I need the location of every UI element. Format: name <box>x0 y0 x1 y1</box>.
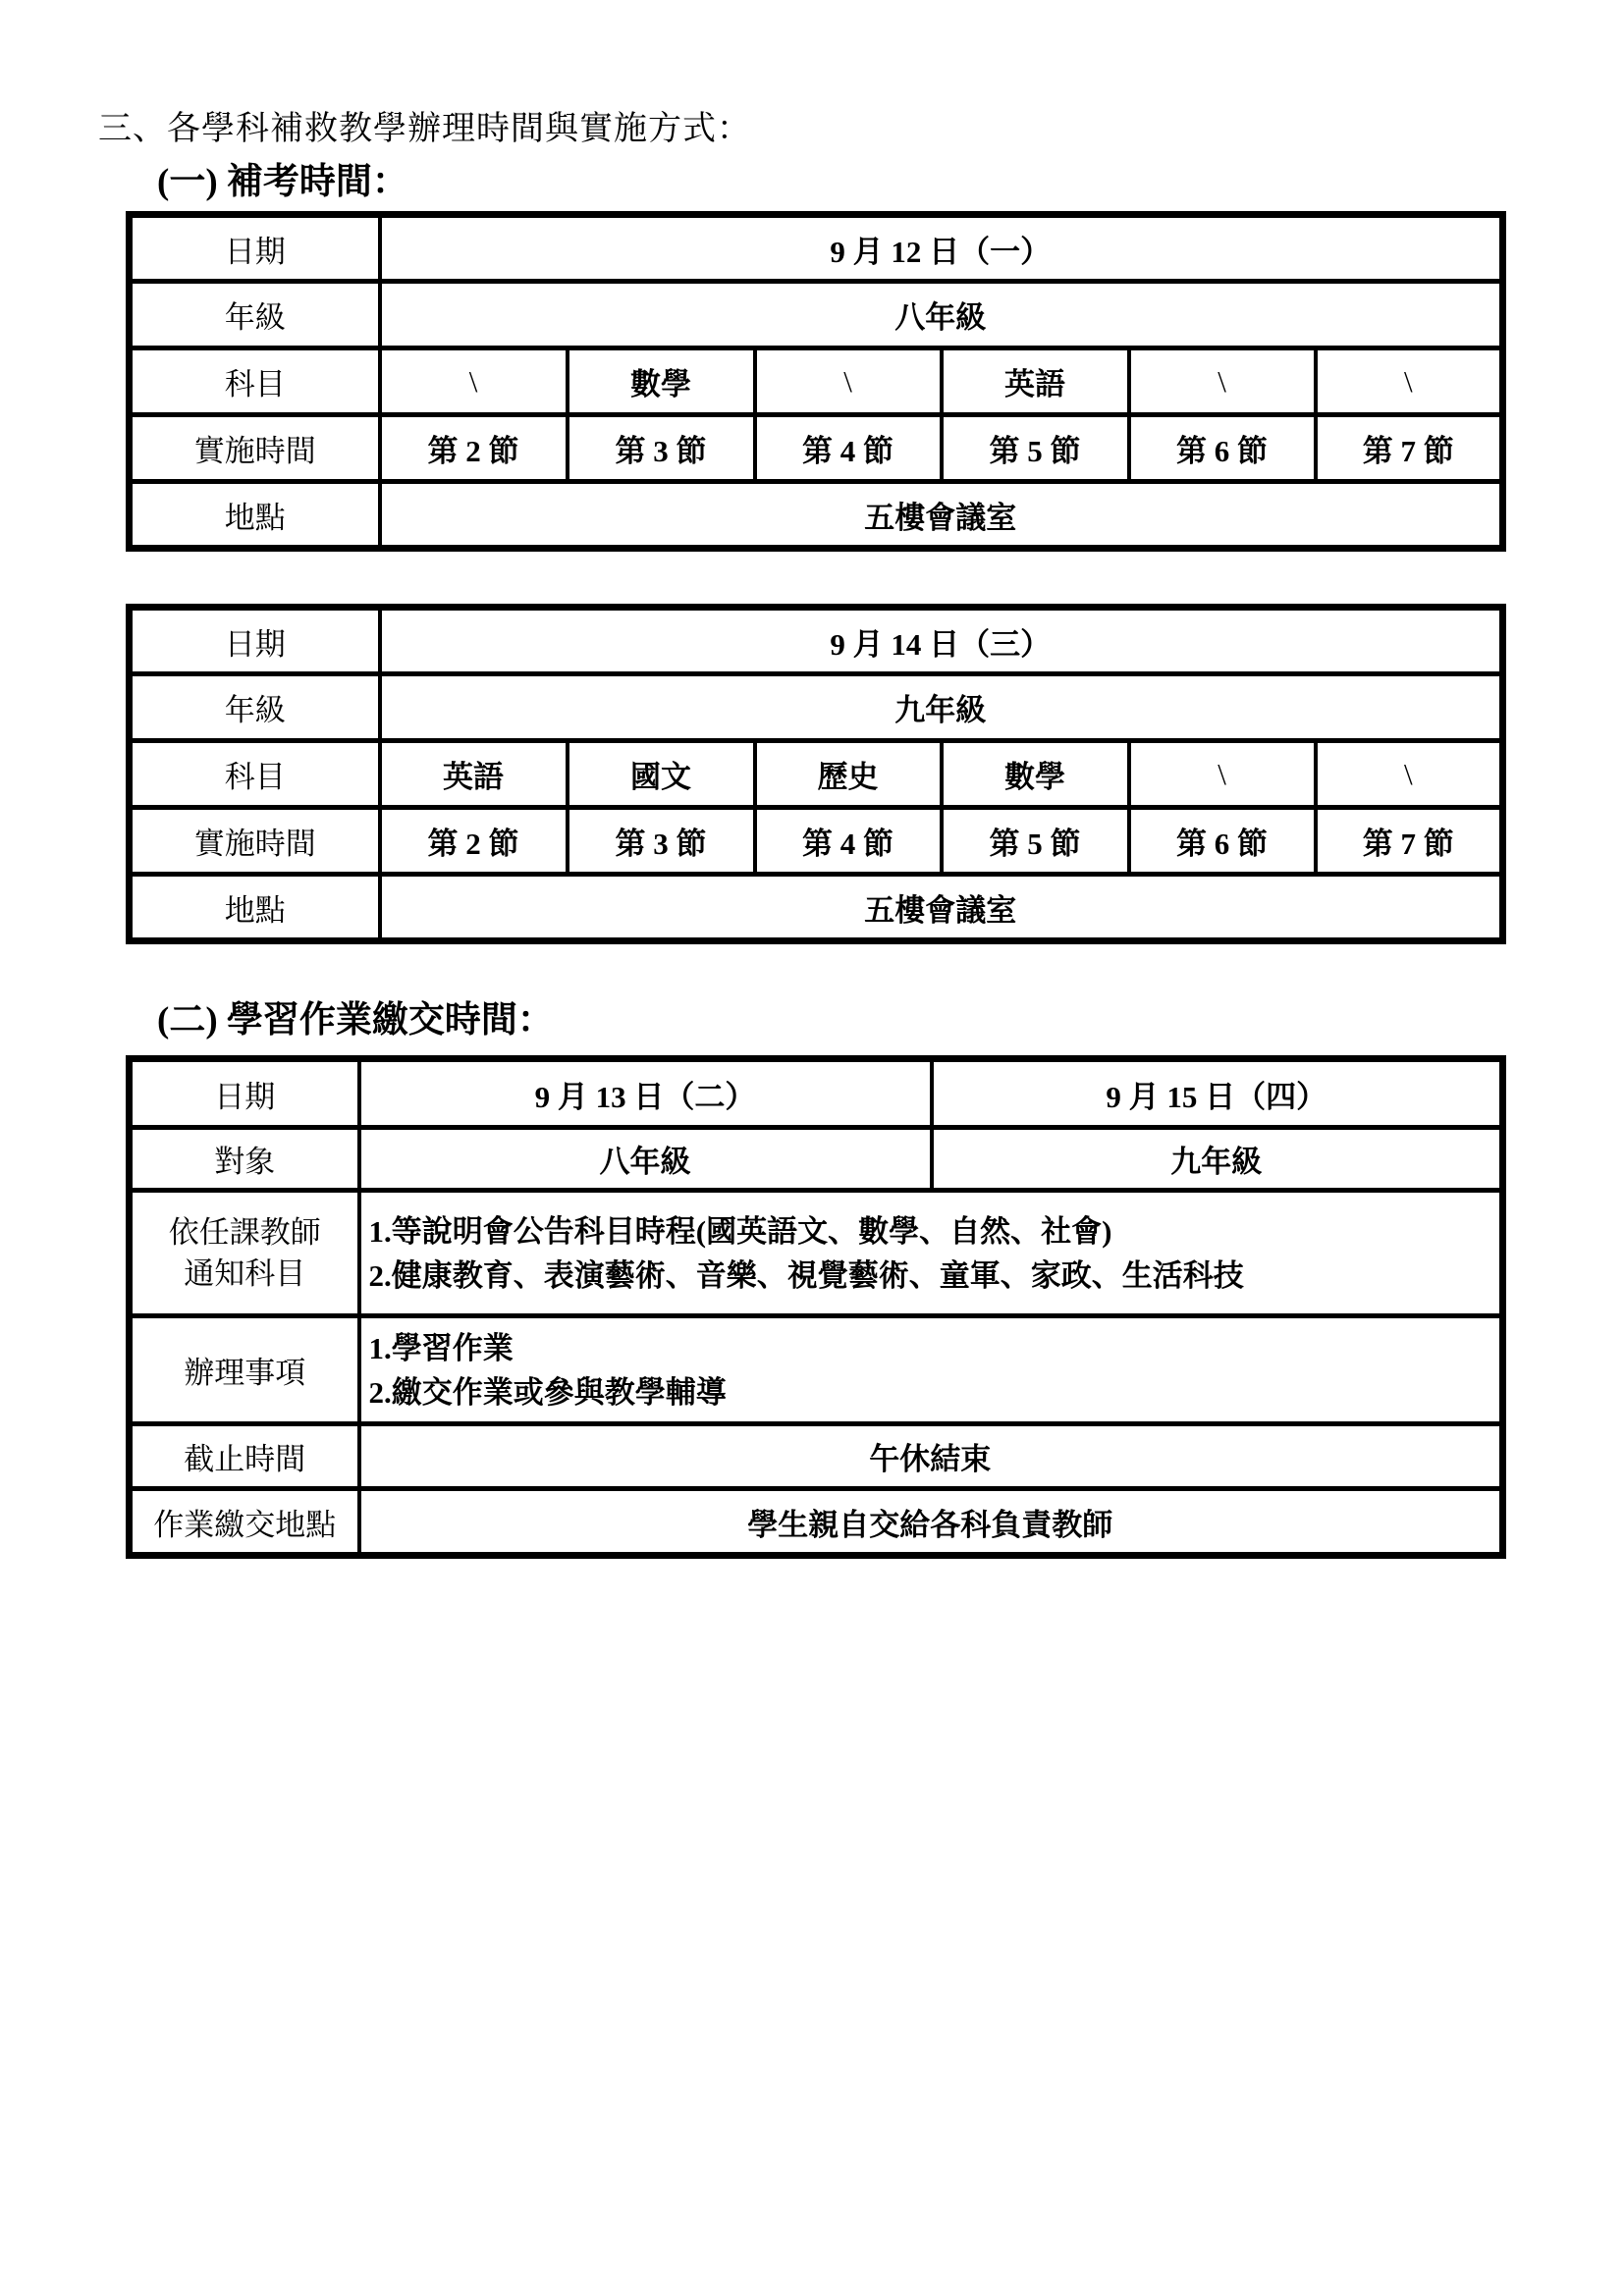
table-row: 日期 9 月 14 日（三） <box>130 608 1503 674</box>
row-label-submit-location: 作業繳交地點 <box>130 1489 359 1556</box>
section-1-title: (一) 補考時間： <box>157 151 408 204</box>
grade-cell: 九年級 <box>380 674 1503 741</box>
row-label-grade: 年級 <box>130 282 380 348</box>
period-cell: 第 4 節 <box>755 808 942 875</box>
table-row: 截止時間 午休結束 <box>130 1424 1503 1489</box>
period-cell: 第 5 節 <box>942 415 1129 482</box>
period-cell: 第 6 節 <box>1129 415 1316 482</box>
notify-subjects-line: 1.等說明會公告科目時程(國英語文、數學、自然、社會) <box>361 1209 1500 1254</box>
row-label-date: 日期 <box>130 1059 359 1128</box>
makeup-exam-table-grade9: 日期 9 月 14 日（三） 年級 九年級 科目 英語 國文 歷史 數學 \ \… <box>126 604 1506 944</box>
submit-location-cell: 學生親自交給各科負責教師 <box>359 1489 1503 1556</box>
location-cell: 五樓會議室 <box>380 875 1503 941</box>
date-cell: 9 月 13 日（二） <box>359 1059 932 1128</box>
period-cell: 第 2 節 <box>380 415 568 482</box>
subject-cell: 數學 <box>568 348 755 415</box>
tasks-cell: 1.學習作業 2.繳交作業或參與教學輔導 <box>359 1316 1503 1424</box>
subject-cell: \ <box>1129 741 1316 808</box>
table-row: 實施時間 第 2 節 第 3 節 第 4 節 第 5 節 第 6 節 第 7 節 <box>130 808 1503 875</box>
row-label-target: 對象 <box>130 1128 359 1191</box>
table-row: 辦理事項 1.學習作業 2.繳交作業或參與教學輔導 <box>130 1316 1503 1424</box>
row-label-line: 依任課教師 <box>133 1212 357 1254</box>
row-label-line: 通知科目 <box>133 1254 357 1295</box>
period-cell: 第 7 節 <box>1316 808 1503 875</box>
row-label-subject: 科目 <box>130 741 380 808</box>
table-row: 年級 九年級 <box>130 674 1503 741</box>
page-heading: 三、各學科補救教學辦理時間與實施方式： <box>98 101 751 149</box>
row-label-date: 日期 <box>130 608 380 674</box>
row-label-grade: 年級 <box>130 674 380 741</box>
table-row: 對象 八年級 九年級 <box>130 1128 1503 1191</box>
subject-cell: 數學 <box>942 741 1129 808</box>
section-2-title: (二) 學習作業繳交時間： <box>157 989 554 1042</box>
period-cell: 第 3 節 <box>568 415 755 482</box>
period-cell: 第 3 節 <box>568 808 755 875</box>
subject-cell: \ <box>1316 741 1503 808</box>
target-cell: 八年級 <box>359 1128 932 1191</box>
table-row: 地點 五樓會議室 <box>130 875 1503 941</box>
row-label-deadline: 截止時間 <box>130 1424 359 1489</box>
subject-cell: \ <box>380 348 568 415</box>
subject-cell: 英語 <box>380 741 568 808</box>
table-row: 實施時間 第 2 節 第 3 節 第 4 節 第 5 節 第 6 節 第 7 節 <box>130 415 1503 482</box>
table-row: 科目 \ 數學 \ 英語 \ \ <box>130 348 1503 415</box>
location-cell: 五樓會議室 <box>380 482 1503 549</box>
row-label-subject: 科目 <box>130 348 380 415</box>
grade-cell: 八年級 <box>380 282 1503 348</box>
table-row: 年級 八年級 <box>130 282 1503 348</box>
notify-subjects-cell: 1.等說明會公告科目時程(國英語文、數學、自然、社會) 2.健康教育、表演藝術、… <box>359 1191 1503 1316</box>
period-cell: 第 2 節 <box>380 808 568 875</box>
row-label-location: 地點 <box>130 875 380 941</box>
homework-submission-table: 日期 9 月 13 日（二） 9 月 15 日（四） 對象 八年級 九年級 依任… <box>126 1055 1506 1559</box>
subject-cell: \ <box>1129 348 1316 415</box>
table-row: 作業繳交地點 學生親自交給各科負責教師 <box>130 1489 1503 1556</box>
subject-cell: 歷史 <box>755 741 942 808</box>
date-cell: 9 月 15 日（四） <box>932 1059 1503 1128</box>
row-label-notify-subjects: 依任課教師 通知科目 <box>130 1191 359 1316</box>
tasks-line: 2.繳交作業或參與教學輔導 <box>361 1370 1500 1415</box>
table-row: 日期 9 月 12 日（一） <box>130 215 1503 282</box>
subject-cell: \ <box>755 348 942 415</box>
row-label-time: 實施時間 <box>130 808 380 875</box>
period-cell: 第 5 節 <box>942 808 1129 875</box>
subject-cell: 英語 <box>942 348 1129 415</box>
subject-cell: 國文 <box>568 741 755 808</box>
period-cell: 第 7 節 <box>1316 415 1503 482</box>
makeup-exam-table-grade8: 日期 9 月 12 日（一） 年級 八年級 科目 \ 數學 \ 英語 \ \ 實… <box>126 211 1506 552</box>
document-page: 三、各學科補救教學辦理時間與實施方式： (一) 補考時間： 日期 9 月 12 … <box>0 0 1624 2296</box>
subject-cell: \ <box>1316 348 1503 415</box>
target-cell: 九年級 <box>932 1128 1503 1191</box>
table-row: 依任課教師 通知科目 1.等說明會公告科目時程(國英語文、數學、自然、社會) 2… <box>130 1191 1503 1316</box>
period-cell: 第 6 節 <box>1129 808 1316 875</box>
row-label-location: 地點 <box>130 482 380 549</box>
deadline-cell: 午休結束 <box>359 1424 1503 1489</box>
date-cell: 9 月 14 日（三） <box>380 608 1503 674</box>
tasks-line: 1.學習作業 <box>361 1326 1500 1370</box>
row-label-date: 日期 <box>130 215 380 282</box>
table-row: 科目 英語 國文 歷史 數學 \ \ <box>130 741 1503 808</box>
row-label-tasks: 辦理事項 <box>130 1316 359 1424</box>
date-cell: 9 月 12 日（一） <box>380 215 1503 282</box>
notify-subjects-line: 2.健康教育、表演藝術、音樂、視覺藝術、童軍、家政、生活科技 <box>361 1254 1500 1298</box>
table-row: 日期 9 月 13 日（二） 9 月 15 日（四） <box>130 1059 1503 1128</box>
row-label-time: 實施時間 <box>130 415 380 482</box>
period-cell: 第 4 節 <box>755 415 942 482</box>
table-row: 地點 五樓會議室 <box>130 482 1503 549</box>
